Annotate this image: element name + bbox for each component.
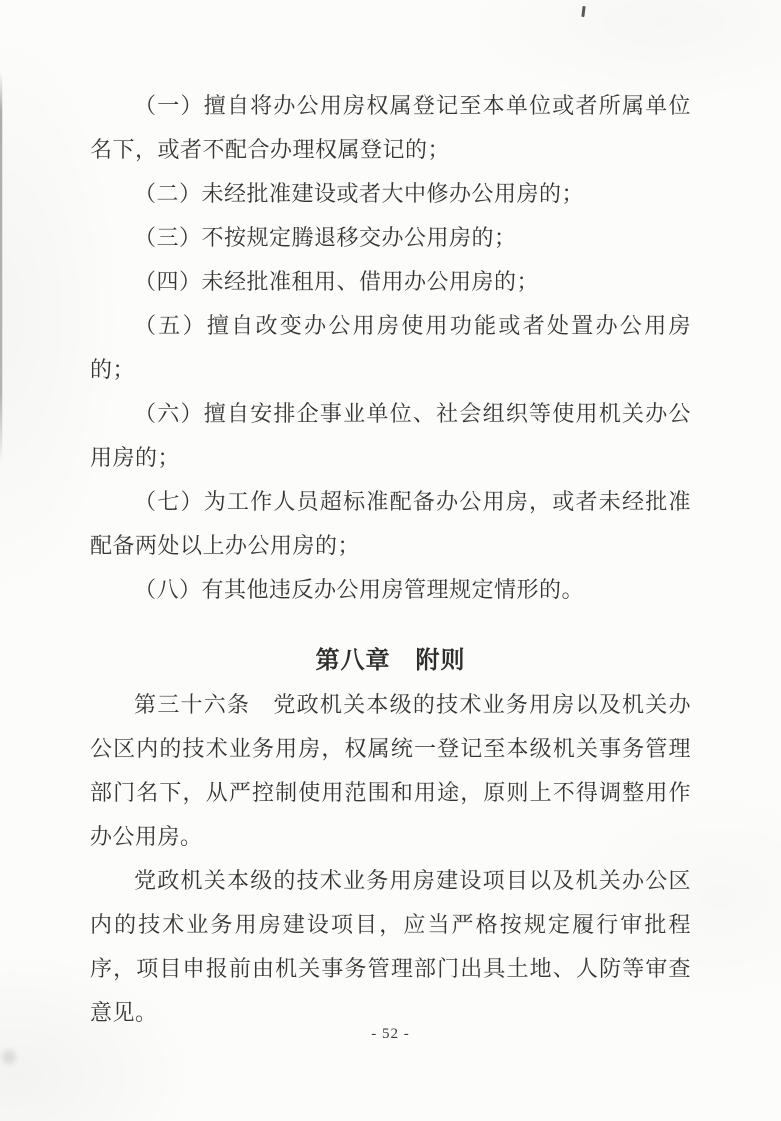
scan-artifact-smudge: [2, 1050, 16, 1064]
list-item-8: （八）有其他违反办公用房管理规定情形的。: [90, 568, 691, 612]
chapter-heading: 第八章 附则: [90, 639, 691, 683]
page-number: - 52 -: [0, 1026, 781, 1043]
list-item-3: （三）不按规定腾退移交办公用房的；: [90, 216, 691, 260]
list-item-1: （一）擅自将办公用房权属登记至本单位或者所属单位名下，或者不配合办理权属登记的；: [90, 84, 691, 172]
article-paragraph-2: 党政机关本级的技术业务用房建设项目以及机关办公区内的技术业务用房建设项目，应当严…: [90, 859, 691, 1035]
list-item-5: （五）擅自改变办公用房使用功能或者处置办公用房的；: [90, 304, 691, 392]
document-content: （一）擅自将办公用房权属登记至本单位或者所属单位名下，或者不配合办理权属登记的；…: [90, 84, 691, 1035]
article-paragraph-1: 第三十六条 党政机关本级的技术业务用房以及机关办公区内的技术业务用房，权属统一登…: [90, 683, 691, 859]
list-item-6: （六）擅自安排企事业单位、社会组织等使用机关办公用房的；: [90, 392, 691, 480]
scan-artifact-left-edge: [0, 72, 2, 464]
list-item-7: （七）为工作人员超标准配备办公用房，或者未经批准配备两处以上办公用房的；: [90, 480, 691, 568]
list-item-2: （二）未经批准建设或者大中修办公用房的；: [90, 172, 691, 216]
document-page: （一）擅自将办公用房权属登记至本单位或者所属单位名下，或者不配合办理权属登记的；…: [0, 0, 781, 1121]
list-item-4: （四）未经批准租用、借用办公用房的；: [90, 260, 691, 304]
scan-artifact-speck: [581, 6, 585, 17]
